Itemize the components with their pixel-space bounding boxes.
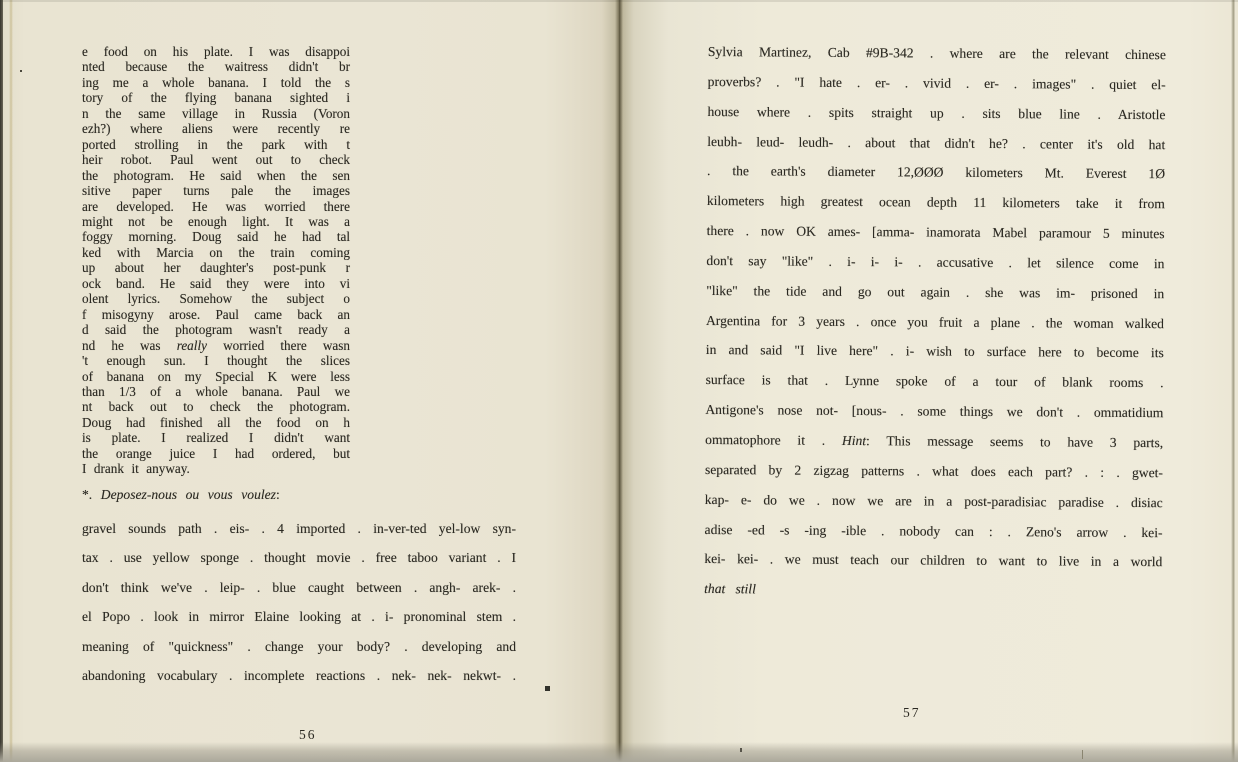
right-page-text: Sylvia Martinez, Cab #9B-342 . where are… bbox=[704, 37, 1166, 607]
footnote-heading: *. Deposez-nous ou vous voulez: bbox=[82, 487, 280, 503]
page-number-57: 57 bbox=[903, 705, 921, 721]
text-line: I drank it anyway. bbox=[82, 461, 350, 476]
text-line: olent lyrics. Somehow the subject o bbox=[82, 291, 350, 306]
text-line: adise -ed -s -ing -ible . nobody can : .… bbox=[704, 514, 1162, 547]
text-line: kap- e- do we . now we are in a post-par… bbox=[705, 485, 1163, 518]
text-line: than 1/3 of a whole banana. Paul we bbox=[82, 384, 350, 399]
text-line: nd he was really worried there wasn bbox=[82, 338, 350, 353]
text-line: tax . use yellow sponge . thought movie … bbox=[82, 543, 516, 572]
text-line: Antigone's nose not- [nous- . some thing… bbox=[705, 395, 1163, 428]
text-line: are developed. He was worried there bbox=[82, 199, 350, 214]
book-scan: e food on his plate. I was disappointed … bbox=[0, 0, 1238, 762]
text-line: of banana on my Special K were less bbox=[82, 369, 350, 384]
text-line: kei- kei- . we must teach our children t… bbox=[704, 544, 1162, 577]
scan-speck bbox=[740, 748, 742, 752]
text-line: f misogyny arose. Paul came back an bbox=[82, 307, 350, 322]
text-line: d said the photogram wasn't ready a bbox=[82, 322, 350, 337]
scan-left-edge bbox=[0, 0, 3, 762]
text-line: nted because the waitress didn't br bbox=[82, 59, 350, 74]
text-line: house where . spits straight up . sits b… bbox=[707, 97, 1165, 130]
book-gutter bbox=[615, 0, 623, 762]
footnote-text: gravel sounds path . eis- . 4 imported .… bbox=[82, 514, 516, 690]
text-line: meaning of "quickness" . change your bod… bbox=[82, 632, 516, 661]
text-line: don't say "like" . i- i- i- . accusative… bbox=[706, 246, 1164, 279]
text-line: ing me a whole banana. I told the s bbox=[82, 75, 350, 90]
text-line: nt back out to check the photogram. bbox=[82, 399, 350, 414]
text-line: ock band. He said they were into vi bbox=[82, 276, 350, 291]
text-line: e food on his plate. I was disappoi bbox=[82, 44, 350, 59]
text-line: ked with Marcia on the train coming bbox=[82, 245, 350, 260]
text-line: "like" the tide and go out again . she w… bbox=[706, 276, 1164, 309]
text-line: leubh- leud- leudh- . about that didn't … bbox=[707, 127, 1165, 160]
text-line: proverbs? . "I hate . er- . vivid . er- … bbox=[708, 67, 1166, 100]
text-line: in and said "I live here" . i- wish to s… bbox=[706, 335, 1164, 368]
text-line: gravel sounds path . eis- . 4 imported .… bbox=[82, 514, 516, 543]
text-line: ported strolling in the park with t bbox=[82, 137, 350, 152]
text-line: 't enough sun. I thought the slices bbox=[82, 353, 350, 368]
text-line: ommatophore it . Hint: This message seem… bbox=[705, 425, 1163, 458]
text-line: surface is that . Lynne spoke of a tour … bbox=[705, 365, 1163, 398]
text-line: Argentina for 3 years . once you fruit a… bbox=[706, 306, 1164, 339]
scan-speck bbox=[545, 686, 550, 691]
text-line: might not be enough light. It was a bbox=[82, 214, 350, 229]
text-line: the orange juice I had ordered, but bbox=[82, 446, 350, 461]
page-number-56: 56 bbox=[299, 727, 317, 743]
text-line: don't think we've . leip- . blue caught … bbox=[82, 573, 516, 602]
text-line: the photogram. He said when the sen bbox=[82, 168, 350, 183]
scan-top-shadow bbox=[0, 0, 1238, 2]
text-line: that still bbox=[704, 574, 1162, 607]
text-line: there . now OK ames- [amma- inamorata Ma… bbox=[707, 216, 1165, 249]
text-line: sitive paper turns pale the images bbox=[82, 183, 350, 198]
text-line: foggy morning. Doug said he had tal bbox=[82, 229, 350, 244]
scan-speck bbox=[1082, 750, 1083, 759]
text-line: heir robot. Paul went out to check bbox=[82, 152, 350, 167]
text-line: Sylvia Martinez, Cab #9B-342 . where are… bbox=[708, 37, 1166, 70]
text-line: kilometers high greatest ocean depth 11 … bbox=[707, 186, 1165, 219]
left-page-paragraph: e food on his plate. I was disappointed … bbox=[82, 44, 350, 477]
page-bottom-shadow bbox=[0, 742, 1238, 762]
text-line: Doug had finished all the food on h bbox=[82, 415, 350, 430]
page-crease-line bbox=[9, 0, 13, 762]
text-line: ezh?) where aliens were recently re bbox=[82, 121, 350, 136]
text-line: n the same village in Russia (Voron bbox=[82, 106, 350, 121]
page-right-edge bbox=[1231, 0, 1235, 762]
text-line: up about her daughter's post-punk r bbox=[82, 260, 350, 275]
text-line: el Popo . look in mirror Elaine looking … bbox=[82, 602, 516, 631]
scan-speck bbox=[20, 70, 22, 72]
text-line: abandoning vocabulary . incomplete react… bbox=[82, 661, 516, 690]
text-line: separated by 2 zigzag patterns . what do… bbox=[705, 455, 1163, 488]
text-line: . the earth's diameter 12,ØØØ kilometers… bbox=[707, 156, 1165, 189]
text-line: is plate. I realized I didn't want bbox=[82, 430, 350, 445]
text-line: tory of the flying banana sighted i bbox=[82, 90, 350, 105]
